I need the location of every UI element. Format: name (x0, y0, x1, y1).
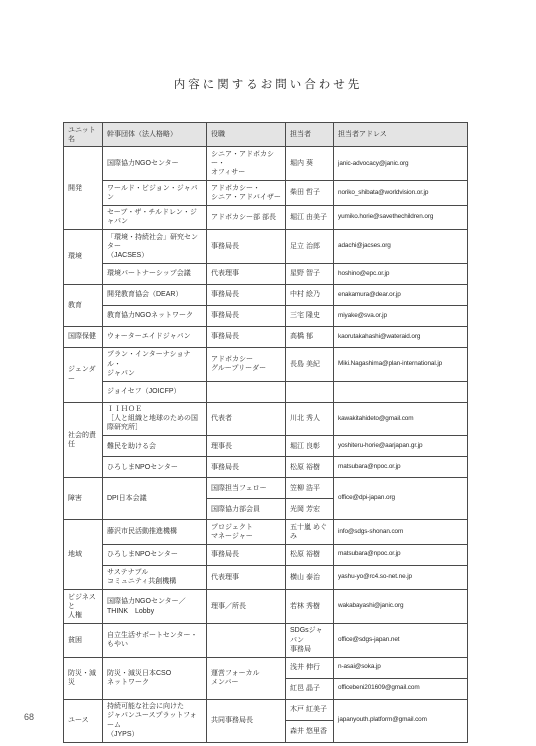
cell-person: 光岡 芳宏 (286, 499, 334, 520)
header-role: 役職 (207, 123, 286, 147)
cell-email: miyake@sva.or.jp (334, 305, 468, 326)
table-row: 地域藤沢市民活動推進機構プロジェクト マネージャー五十嵐 めぐみinfo@sdg… (64, 520, 468, 544)
cell-email: office@dpi-japan.org (334, 478, 468, 520)
cell-role: 事務局長 (207, 230, 286, 264)
cell-organization: 「環境・持続社会」研究センター （JACSES） (103, 230, 207, 264)
table-row: ジェンダープラン・インターナショナル・ ジャパンアドボカシー グループリーダー長… (64, 347, 468, 381)
cell-person: 笠柳 浩平 (286, 478, 334, 499)
table-row: ユース持続可能な社会に向けた ジャパンユースプラットフォーム （JYPS）共同事… (64, 699, 468, 720)
cell-email: noriko_shibata@worldvision.or.jp (334, 181, 468, 205)
cell-person: 浅井 伸行 (286, 657, 334, 678)
document-page: 内容に関するお問い合わせ先 ユニット名幹事団体（法人格略）役職担当者担当者アドレ… (0, 0, 536, 746)
cell-organization: 防災・減災日本CSO ネットワーク (103, 657, 207, 699)
cell-role: 事務局長 (207, 305, 286, 326)
cell-person: 松原 裕樹 (286, 544, 334, 565)
table-row: 防災・減災防災・減災日本CSO ネットワーク運営フォーカル メンバー浅井 伸行n… (64, 657, 468, 678)
cell-unit: 環境 (64, 230, 103, 285)
cell-organization: DPI日本会議 (103, 478, 207, 520)
cell-role: 理事／所長 (207, 590, 286, 624)
cell-organization: 持続可能な社会に向けた ジャパンユースプラットフォーム （JYPS） (103, 699, 207, 742)
cell-organization: 国際協力NGOセンター／ THINK Lobby (103, 590, 207, 624)
cell-person: 若林 秀樹 (286, 590, 334, 624)
cell-email: office@sdgs-japan.net (334, 623, 468, 657)
cell-email: japanyouth.platform@gmail.com (334, 699, 468, 742)
table-row: 貧困自立生活サポートセンター・ もやいSDGsジャパン 事務局office@sd… (64, 623, 468, 657)
cell-organization: サステナブル コミュニティ共創機構 (103, 565, 207, 589)
cell-role: 理事長 (207, 436, 286, 457)
cell-person: 横山 泰治 (286, 565, 334, 589)
cell-organization: ウォーターエイドジャパン (103, 326, 207, 347)
cell-person: 柴田 哲子 (286, 181, 334, 205)
cell-unit: 国際保健 (64, 326, 103, 347)
cell-unit: ビジネスと 人権 (64, 590, 103, 624)
cell-role: 事務局長 (207, 326, 286, 347)
cell-person (286, 381, 334, 402)
table-row: 国際保健ウォーターエイドジャパン事務局長高橋 郁kaorutakahashi@w… (64, 326, 468, 347)
cell-unit: 障害 (64, 478, 103, 520)
cell-role: 代表者 (207, 402, 286, 436)
header-email: 担当者アドレス (334, 123, 468, 147)
cell-role: アドボカシー・ シニア・アドバイザー (207, 181, 286, 205)
cell-role (207, 381, 286, 402)
cell-role: 運営フォーカル メンバー (207, 657, 286, 699)
cell-person: 高橋 郁 (286, 326, 334, 347)
cell-organization: ひろしまNPOセンター (103, 544, 207, 565)
cell-person: 堀江 由美子 (286, 205, 334, 229)
cell-role: 事務局長 (207, 284, 286, 305)
page-title: 内容に関するお問い合わせ先 (0, 76, 536, 92)
table-row: セーブ・ザ・チルドレン・ジャパンアドボカシー部 部長堀江 由美子yumiko.h… (64, 205, 468, 229)
cell-email: yumiko.horie@savethechildren.org (334, 205, 468, 229)
cell-person: 星野 智子 (286, 263, 334, 284)
cell-unit: ユース (64, 699, 103, 742)
cell-email (334, 381, 468, 402)
table-row: ワールド・ビジョン・ジャパンアドボカシー・ シニア・アドバイザー柴田 哲子nor… (64, 181, 468, 205)
cell-role: アドボカシー部 部長 (207, 205, 286, 229)
cell-organization: セーブ・ザ・チルドレン・ジャパン (103, 205, 207, 229)
header-unit: ユニット名 (64, 123, 103, 147)
cell-role: アドボカシー グループリーダー (207, 347, 286, 381)
cell-organization: 国際協力NGOセンター (103, 147, 207, 181)
table-row: 教育開発教育協会（DEAR）事務局長中村 絵乃enakamura@dear.or… (64, 284, 468, 305)
cell-person: 五十嵐 めぐみ (286, 520, 334, 544)
cell-role: 事務局長 (207, 457, 286, 478)
cell-unit: 地域 (64, 520, 103, 590)
cell-role: プロジェクト マネージャー (207, 520, 286, 544)
cell-organization: 教育協力NGOネットワーク (103, 305, 207, 326)
table-header-row: ユニット名幹事団体（法人格略）役職担当者担当者アドレス (64, 123, 468, 147)
cell-organization: ワールド・ビジョン・ジャパン (103, 181, 207, 205)
cell-organization: ジョイセフ（JOICFP） (103, 381, 207, 402)
cell-email: matsubara@npoc.or.jp (334, 457, 468, 478)
table-row: 開発国際協力NGOセンターシニア・アドボカシー・ オフィサー堀内 葵janic-… (64, 147, 468, 181)
table-row: ビジネスと 人権国際協力NGOセンター／ THINK Lobby理事／所長若林 … (64, 590, 468, 624)
cell-email: officebeni201609@gmail.com (334, 678, 468, 699)
cell-organization: プラン・インターナショナル・ ジャパン (103, 347, 207, 381)
cell-email: yoshiteru-horie@aarjapan.gr.jp (334, 436, 468, 457)
cell-person: 中村 絵乃 (286, 284, 334, 305)
cell-person: 長島 美紀 (286, 347, 334, 381)
cell-role: シニア・アドボカシー・ オフィサー (207, 147, 286, 181)
cell-email: enakamura@dear.or.jp (334, 284, 468, 305)
cell-unit: 防災・減災 (64, 657, 103, 699)
cell-unit: 社会的責任 (64, 402, 103, 478)
cell-email: matsubara@npoc.or.jp (334, 544, 468, 565)
table-row: 教育協力NGOネットワーク事務局長三宅 隆史miyake@sva.or.jp (64, 305, 468, 326)
cell-role: 代表理事 (207, 263, 286, 284)
cell-person: 堀内 葵 (286, 147, 334, 181)
cell-person: 松原 裕樹 (286, 457, 334, 478)
cell-person: SDGsジャパン 事務局 (286, 623, 334, 657)
cell-email: Miki.Nagashima@plan-international.jp (334, 347, 468, 381)
table-row: ひろしまNPOセンター事務局長松原 裕樹matsubara@npoc.or.jp (64, 457, 468, 478)
cell-organization: 藤沢市民活動推進機構 (103, 520, 207, 544)
table-row: 環境「環境・持続社会」研究センター （JACSES）事務局長足立 治郎adach… (64, 230, 468, 264)
cell-email: wakabayashi@janic.org (334, 590, 468, 624)
cell-role: 事務局長 (207, 544, 286, 565)
cell-organization: ＩＩＨＯＥ ［人と組織と地球のための国際研究所］ (103, 402, 207, 436)
contact-table: ユニット名幹事団体（法人格略）役職担当者担当者アドレス 開発国際協力NGOセンタ… (63, 122, 468, 743)
cell-role (207, 623, 286, 657)
table-row: ジョイセフ（JOICFP） (64, 381, 468, 402)
cell-person: 川北 秀人 (286, 402, 334, 436)
cell-unit: ジェンダー (64, 347, 103, 402)
cell-email: yashu-yo@rc4.so-net.ne.jp (334, 565, 468, 589)
cell-unit: 開発 (64, 147, 103, 230)
page-number: 68 (24, 712, 34, 722)
table-row: 障害DPI日本会議国際担当フェロー笠柳 浩平office@dpi-japan.o… (64, 478, 468, 499)
cell-organization: 自立生活サポートセンター・ もやい (103, 623, 207, 657)
cell-unit: 貧困 (64, 623, 103, 657)
cell-role: 国際協力部会員 (207, 499, 286, 520)
cell-organization: 難民を助ける会 (103, 436, 207, 457)
cell-role: 代表理事 (207, 565, 286, 589)
cell-email: adachi@jacses.org (334, 230, 468, 264)
cell-email: info@sdgs-shonan.com (334, 520, 468, 544)
cell-email: kawakitahideto@gmail.com (334, 402, 468, 436)
cell-person: 木戸 紅美子 (286, 699, 334, 720)
cell-organization: 環境パートナーシップ会議 (103, 263, 207, 284)
cell-email: janic-advocacy@janic.org (334, 147, 468, 181)
cell-organization: ひろしまNPOセンター (103, 457, 207, 478)
cell-role: 国際担当フェロー (207, 478, 286, 499)
table-body: 開発国際協力NGOセンターシニア・アドボカシー・ オフィサー堀内 葵janic-… (64, 147, 468, 742)
cell-email: kaorutakahashi@wateraid.org (334, 326, 468, 347)
table-row: サステナブル コミュニティ共創機構代表理事横山 泰治yashu-yo@rc4.s… (64, 565, 468, 589)
header-organization: 幹事団体（法人格略） (103, 123, 207, 147)
table-row: 難民を助ける会理事長堀江 良彰yoshiteru-horie@aarjapan.… (64, 436, 468, 457)
cell-email: hoshino@epc.or.jp (334, 263, 468, 284)
table-row: ひろしまNPOセンター事務局長松原 裕樹matsubara@npoc.or.jp (64, 544, 468, 565)
cell-person: 足立 治郎 (286, 230, 334, 264)
cell-person: 森井 悠里香 (286, 721, 334, 742)
table-row: 環境パートナーシップ会議代表理事星野 智子hoshino@epc.or.jp (64, 263, 468, 284)
cell-person: 三宅 隆史 (286, 305, 334, 326)
cell-person: 紅邑 晶子 (286, 678, 334, 699)
table-row: 社会的責任ＩＩＨＯＥ ［人と組織と地球のための国際研究所］代表者川北 秀人kaw… (64, 402, 468, 436)
cell-organization: 開発教育協会（DEAR） (103, 284, 207, 305)
cell-email: n-asai@soka.jp (334, 657, 468, 678)
header-person: 担当者 (286, 123, 334, 147)
cell-role: 共同事務局長 (207, 699, 286, 742)
cell-unit: 教育 (64, 284, 103, 326)
cell-person: 堀江 良彰 (286, 436, 334, 457)
